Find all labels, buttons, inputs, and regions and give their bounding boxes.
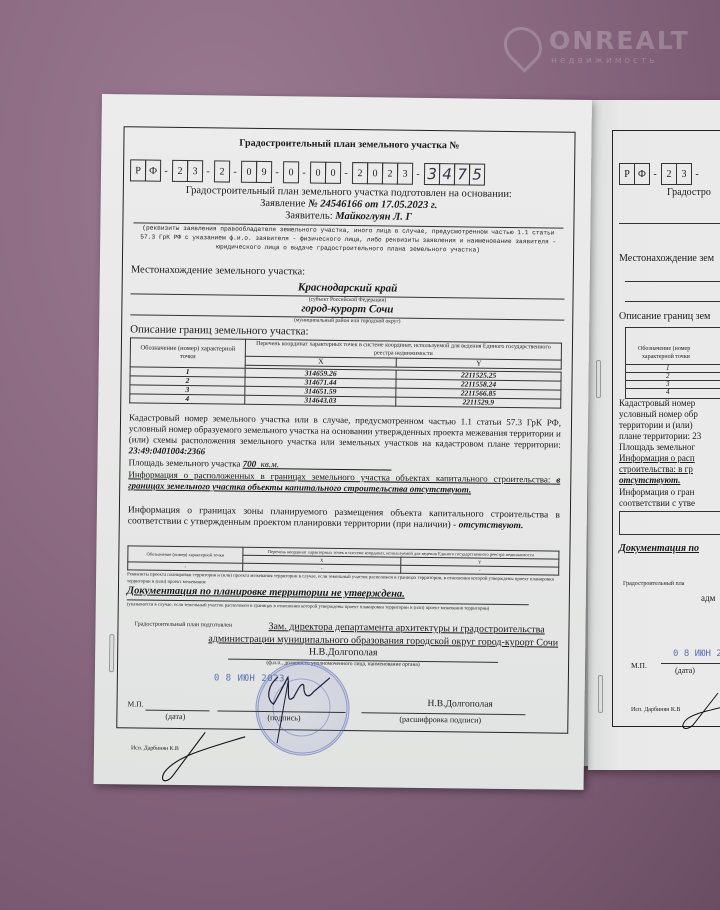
partial-text: Описание границ зем — [619, 311, 710, 322]
number-cell: 2 — [661, 163, 677, 185]
executor-signature — [673, 691, 720, 731]
house-pin-logo-icon — [496, 19, 550, 73]
handwritten-signatures — [117, 127, 575, 792]
watermark-subtitle: недвижимость — [551, 56, 658, 66]
second-sheet: Р Ф - 2 3 - Градостро Местонахождение зе… — [588, 100, 720, 770]
watermark-brand: ONREALT — [549, 26, 690, 55]
document-frame: Градостроительный план земельного участк… — [116, 126, 575, 733]
second-sheet-frame: Р Ф - 2 3 - Градостро Местонахождение зе… — [612, 130, 720, 727]
number-cell: 3 — [676, 163, 692, 185]
staple — [598, 675, 603, 713]
main-sheet: Градостроительный план земельного участк… — [94, 94, 592, 790]
number-cell: Р — [619, 163, 635, 185]
partial-coords-table: Обозначение (номер характерной точки 1 2… — [625, 327, 720, 399]
number-cell: Ф — [634, 163, 650, 185]
staple — [596, 360, 601, 398]
partial-text: Местонахождение зем — [619, 253, 714, 264]
date-stamp: 0 8 ИЮН 20 — [673, 649, 720, 659]
partial-text: Градостро — [667, 187, 711, 198]
staple — [109, 634, 114, 672]
